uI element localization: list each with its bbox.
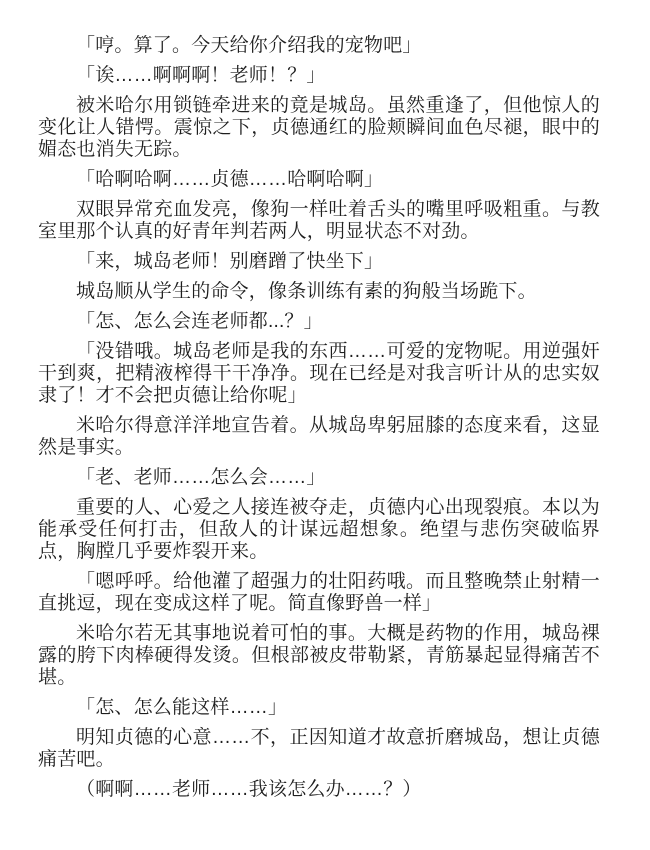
paragraph-narration: 明知贞德的心意……不，正因知道才故意折磨城岛，想让贞德痛苦吧。 bbox=[38, 727, 600, 771]
paragraph-dialogue: 「哼。算了。今天给你介绍我的宠物吧」 bbox=[38, 35, 600, 57]
paragraph-dialogue: 「怎、怎么能这样……」 bbox=[38, 697, 600, 719]
paragraph-narration: 被米哈尔用锁链牵进来的竟是城岛。虽然重逢了，但他惊人的变化让人错愕。震惊之下，贞… bbox=[38, 95, 600, 161]
paragraph-narration: 双眼异常充血发亮，像狗一样吐着舌头的嘴里呼吸粗重。与教室里那个认真的好青年判若两… bbox=[38, 199, 600, 243]
paragraph-narration: 城岛顺从学生的命令，像条训练有素的狗般当场跪下。 bbox=[38, 281, 600, 303]
paragraph-dialogue: 「诶……啊啊啊！老师！？」 bbox=[38, 65, 600, 87]
paragraph-narration: 重要的人、心爱之人接连被夺走，贞德内心出现裂痕。本以为能承受任何打击，但敌人的计… bbox=[38, 497, 600, 563]
novel-text-page: 「哼。算了。今天给你介绍我的宠物吧」 「诶……啊啊啊！老师！？」 被米哈尔用锁链… bbox=[0, 0, 650, 850]
paragraph-dialogue: 「老、老师……怎么会……」 bbox=[38, 467, 600, 489]
paragraph-dialogue: 「没错哦。城岛老师是我的东西……可爱的宠物呢。用逆强奸干到爽，把精液榨得干干净净… bbox=[38, 341, 600, 407]
paragraph-dialogue: 「哈啊哈啊……贞德……哈啊哈啊」 bbox=[38, 169, 600, 191]
paragraph-narration: 米哈尔得意洋洋地宣告着。从城岛卑躬屈膝的态度来看，这显然是事实。 bbox=[38, 415, 600, 459]
paragraph-dialogue: 「嗯呼呼。给他灌了超强力的壮阳药哦。而且整晚禁止射精一直挑逗，现在变成这样了呢。… bbox=[38, 571, 600, 615]
paragraph-thought: （啊啊……老师……我该怎么办……？） bbox=[38, 779, 600, 801]
paragraph-narration: 米哈尔若无其事地说着可怕的事。大概是药物的作用，城岛裸露的胯下肉棒硬得发烫。但根… bbox=[38, 623, 600, 689]
paragraph-dialogue: 「来，城岛老师！别磨蹭了快坐下」 bbox=[38, 251, 600, 273]
paragraph-dialogue: 「怎、怎么会连老师都...？」 bbox=[38, 311, 600, 333]
